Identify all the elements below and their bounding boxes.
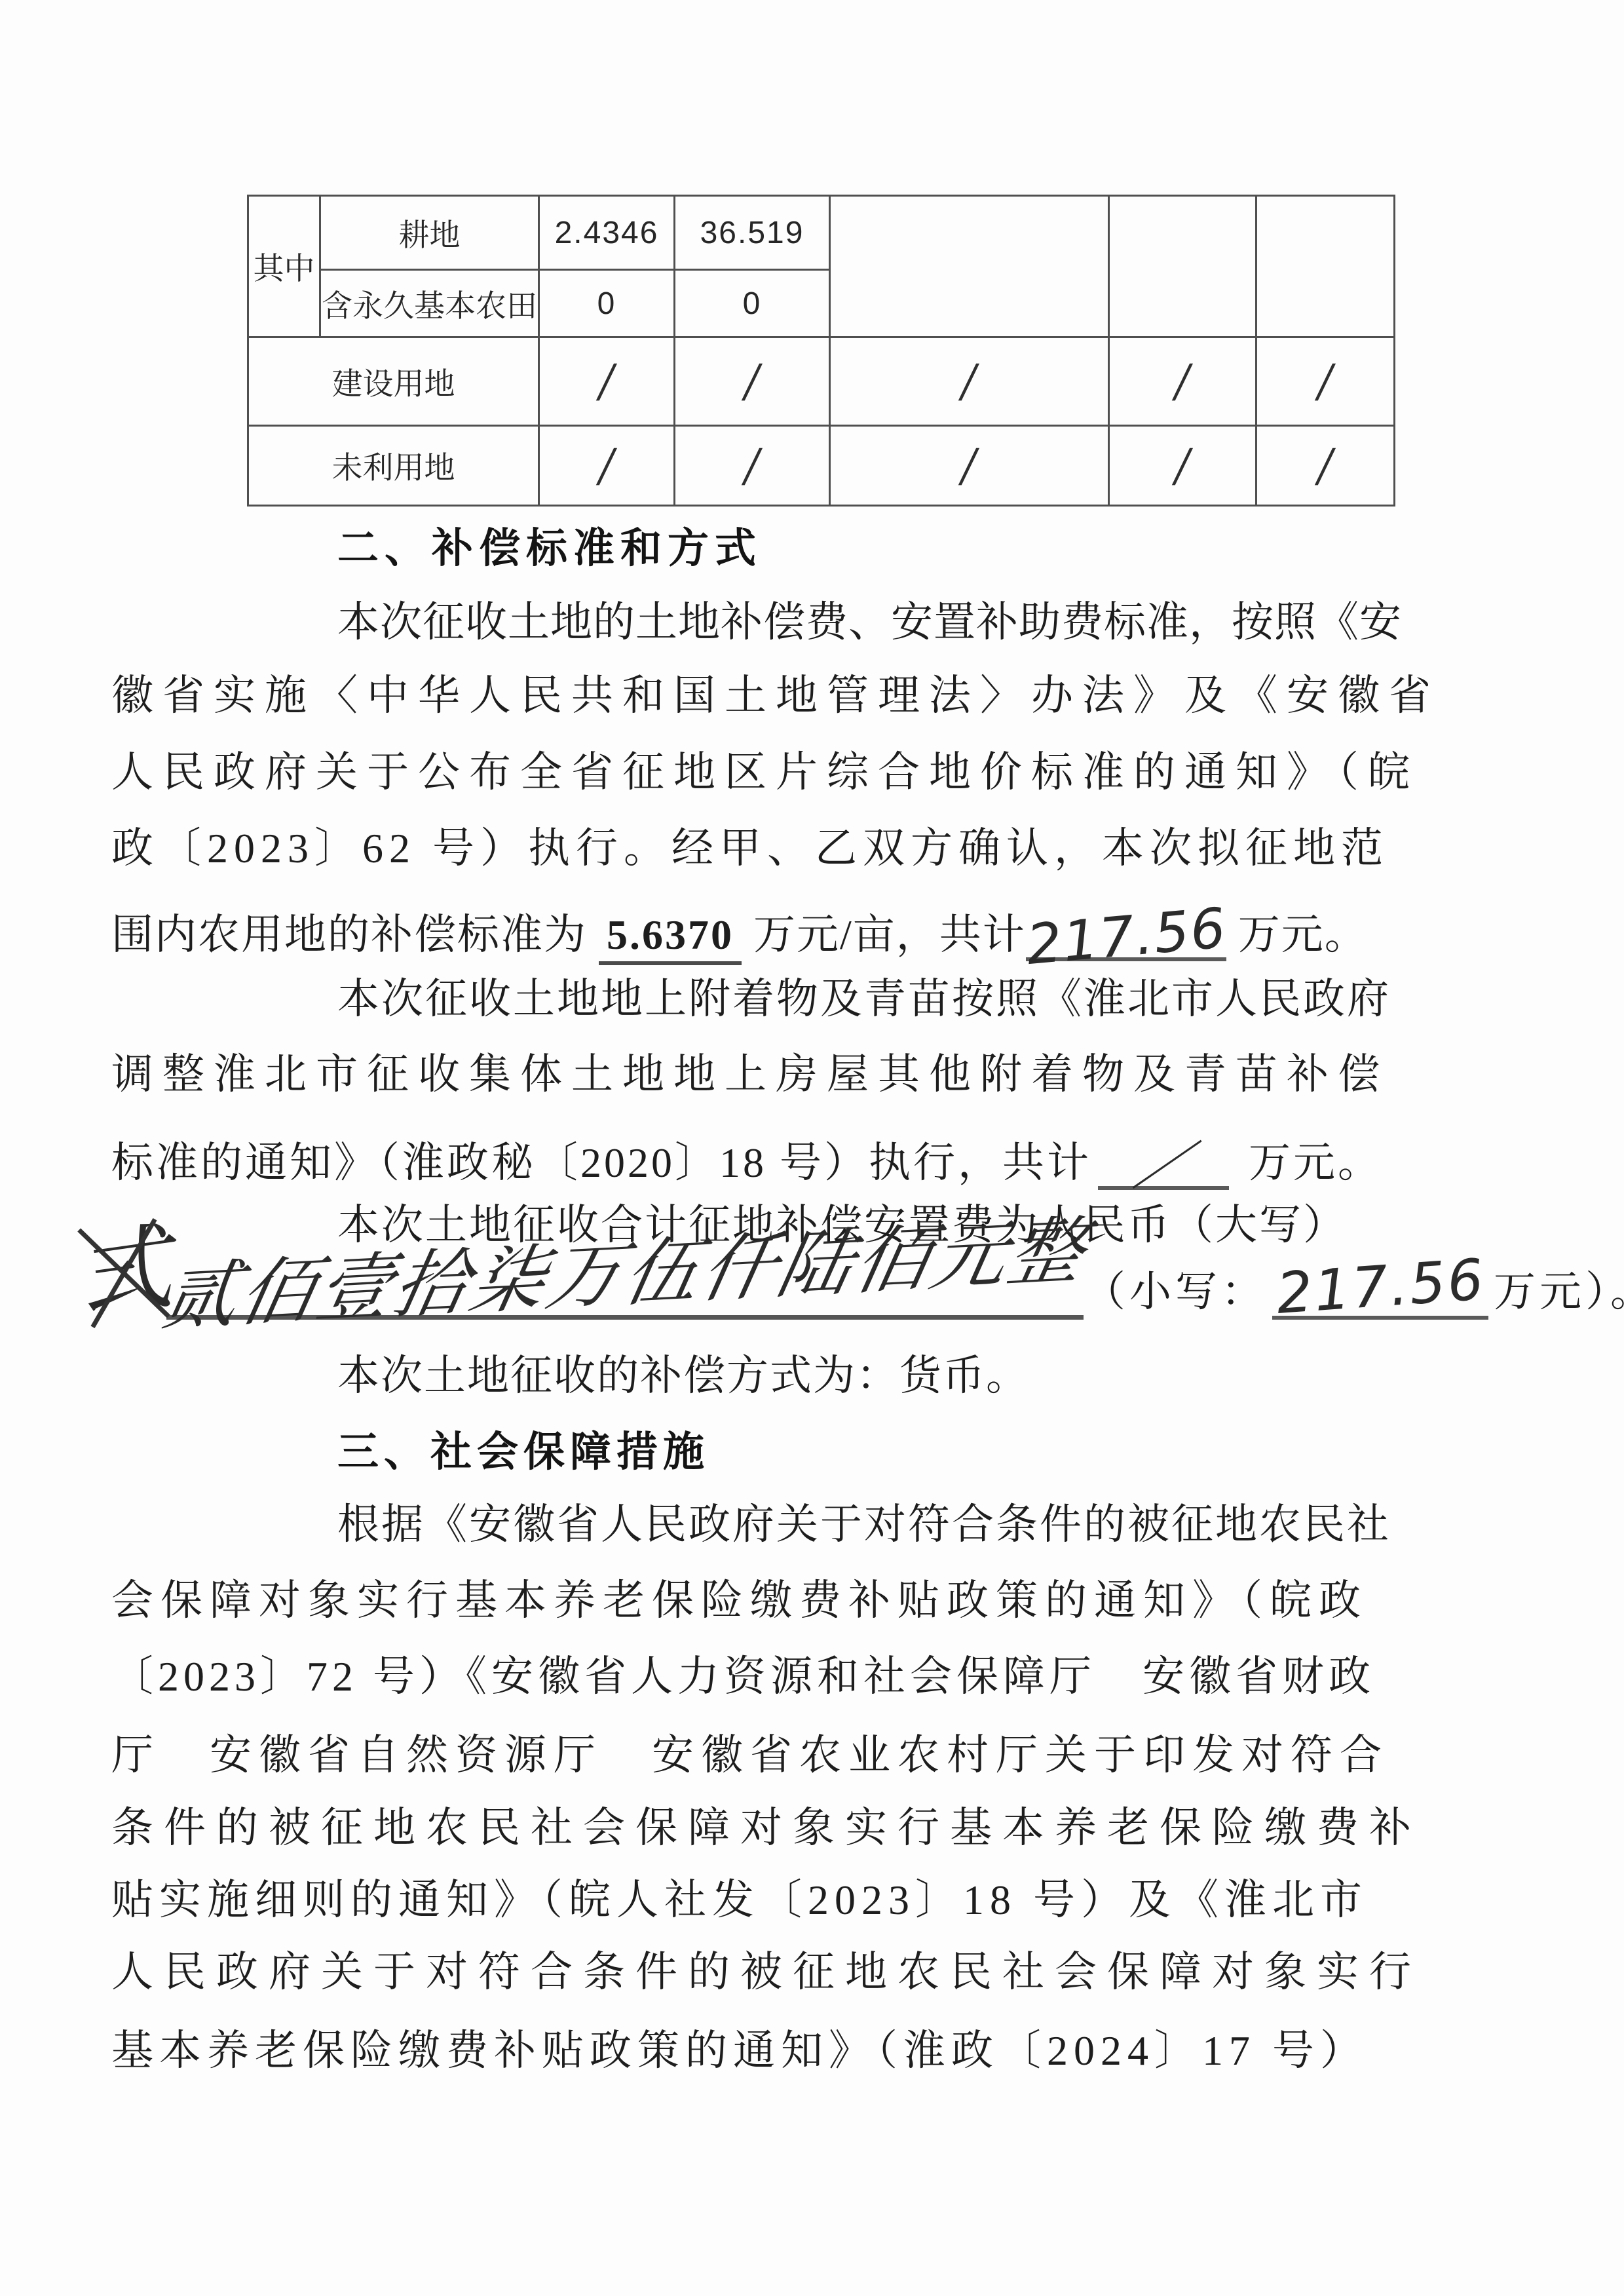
paragraph-line: 人民政府关于对符合条件的被征地农民社会保障对象实行 [111,1951,1415,1993]
paragraph-line: 〔2023〕72 号）《安徽省人力资源和社会保障厅 安徽省财政 [111,1656,1415,1698]
unit-price-underlined: 5.6370 [599,914,742,965]
table-row-unused-land: 未利用地 / / / / / [248,426,1395,506]
paragraph-line: 贴实施细则的通知》（皖人社发〔2023〕18 号）及《淮北市 [111,1879,1415,1921]
slash-cell: / [675,426,830,506]
paragraph-line: 本次征收土地地上附着物及青苗按照《淮北市人民政府 [111,978,1624,1020]
paragraph-line: 根据《安徽省人民政府关于对符合条件的被征地农民社 [111,1504,1624,1546]
area-hectares: 2.4346 [539,196,675,270]
row-label: 建设用地 [248,337,539,426]
attachment-amount-blank: ／ [1098,1128,1229,1190]
slash-cell: / [539,426,675,506]
area-mu: 0 [675,270,830,337]
slash-cell: / [830,426,1109,506]
handwritten-total: 217.56 [1025,900,1229,972]
paragraph-line: 厅 安徽省自然资源厅 安徽省农业农村厅关于印发对符合 [111,1734,1415,1776]
paragraph-line: 会保障对象实行基本养老保险缴费补贴政策的通知》（皖政 [111,1580,1415,1622]
slash-cell: / [1109,426,1256,506]
small-amount-blank: 217.56 [1272,1250,1488,1320]
group-cell: 其中 [248,196,320,337]
slash-cell: / [539,337,675,426]
crossed-out-character: 弍 [71,1221,176,1326]
slash-mark: / [1170,439,1194,492]
slash-mark: / [740,439,764,492]
line-text: 万元。 [1226,911,1368,958]
small-amount-suffix: 万元）。 [1494,1271,1624,1320]
slash-mark: / [594,355,618,408]
slash-mark: / [594,439,618,492]
slash-mark: / [957,439,981,492]
line-text: 标准的通知》（淮政秘〔2020〕18 号）执行，共计 [111,1139,1091,1186]
capital-amount-blank: 贰佰壹拾柒万伍仟陆佰元整 [166,1234,1084,1320]
slash-mark: / [1313,355,1337,408]
paragraph-line: 基本养老保险缴费补贴政策的通知》（淮政〔2024〕17 号） [111,2030,1415,2072]
table-row-cultivated: 其中 耕地 2.4346 36.519 [248,196,1395,270]
paragraph-line: 政〔2023〕62 号）执行。经甲、乙双方确认，本次拟征地范 [111,828,1415,870]
total-amount-blank: 217.56 [1026,902,1226,961]
slash-cell: / [1109,337,1256,426]
empty-cell [830,196,1109,337]
paragraph-line: 调整淮北市征收集体土地地上房屋其他附着物及青苗补偿 [111,1054,1415,1096]
handwritten-amount-row: 弍 贰佰壹拾柒万伍仟陆佰元整 （小写： 217.56 万元）。 [77,1227,1394,1320]
handwritten-small-amount: 217.56 [1274,1247,1487,1327]
slash-cell: / [675,337,830,426]
paragraph-line: 本次征收土地的土地补偿费、安置补助费标准，按照《安 [111,602,1624,643]
slash-mark: / [740,355,764,408]
empty-cell [1256,196,1395,337]
paragraph-line-attachment-total: 标准的通知》（淮政秘〔2020〕18 号）执行，共计／ 万元。 [111,1128,1415,1190]
scanned-document-page: { "table": { "group": "其中", "r1": {"labe… [0,0,1624,2296]
slash-mark: / [1313,439,1337,492]
handwritten-slash: ／ [1131,1136,1195,1197]
slash-mark: / [1170,355,1194,408]
paragraph-line-compensation-total: 围内农用地的补偿标准为 5.6370 万元/亩，共计217.56 万元。 [111,902,1415,965]
line-text: 万元。 [1236,1139,1382,1186]
slash-cell: / [1256,337,1395,426]
slash-cell: / [830,337,1109,426]
slash-mark: / [957,355,981,408]
paragraph-line: 人民政府关于公布全省征地区片综合地价标准的通知》（皖 [111,752,1415,794]
small-amount-label: （小写： [1084,1271,1267,1320]
empty-cell [1109,196,1256,337]
table-row-construction-land: 建设用地 / / / / / [248,337,1395,426]
section-heading-social-security: 三、社会保障措施 [337,1432,709,1473]
row-label: 耕地 [320,196,539,270]
area-mu: 36.519 [675,196,830,270]
line-text: 万元/亩，共计 [742,911,1026,958]
slash-cell: / [1256,426,1395,506]
paragraph-line: 徽省实施〈中华人民共和国土地管理法〉办法》及《安徽省 [111,675,1415,717]
line-text: 围内农用地的补偿标准为 [111,911,599,958]
row-label: 未利用地 [248,426,539,506]
paragraph-line: 本次土地征收的补偿方式为：货币。 [111,1355,1624,1397]
paragraph-line: 条件的被征地农民社会保障对象实行基本养老保险缴费补 [111,1807,1415,1849]
land-area-table: 其中 耕地 2.4346 36.519 含永久基本农田 0 0 建设用地 / /… [247,195,1395,507]
section-heading-compensation: 二、补偿标准和方式 [337,528,762,569]
handwritten-capital-amount: 贰佰壹拾柒万伍仟陆佰元整 [156,1210,1094,1339]
area-hectares: 0 [539,270,675,337]
row-label: 含永久基本农田 [320,270,539,337]
